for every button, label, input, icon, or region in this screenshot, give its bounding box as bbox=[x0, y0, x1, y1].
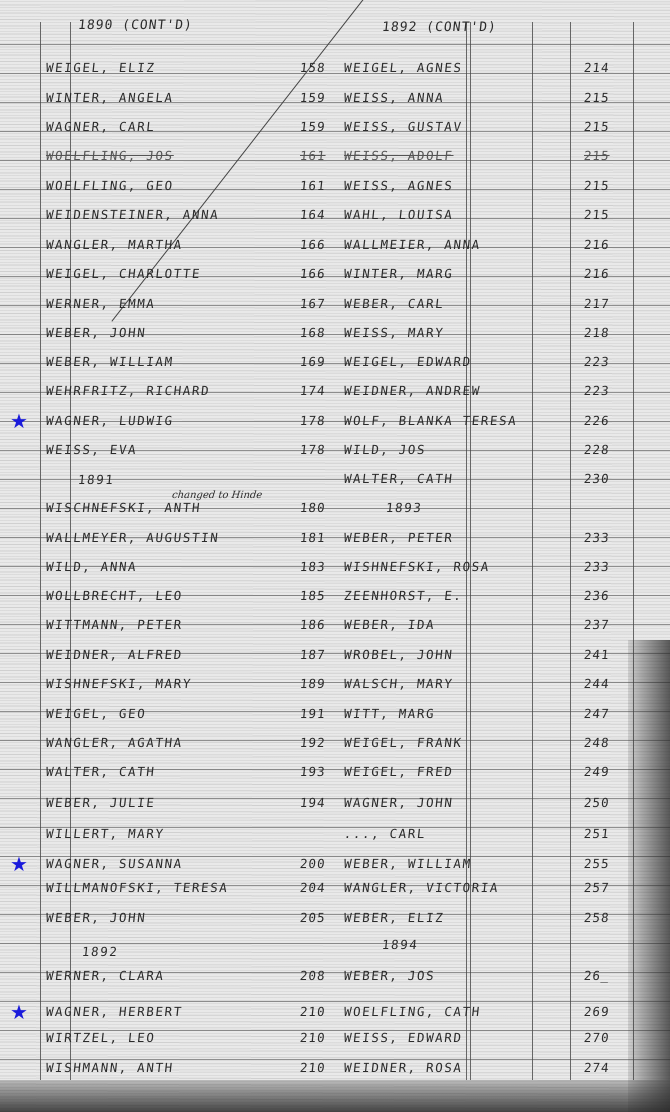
entry-number: 189 bbox=[299, 676, 326, 691]
right-name: WOELFLING, CATH bbox=[343, 1004, 481, 1019]
scan-shadow bbox=[0, 1080, 670, 1112]
right-name: WEISS, AGNES bbox=[343, 178, 454, 193]
entry-number: 186 bbox=[299, 617, 326, 632]
right-name: WAHL, LOUISA bbox=[343, 207, 454, 222]
entry-number: 204 bbox=[299, 880, 326, 895]
right-name: WISHNEFSKI, ROSA bbox=[343, 559, 491, 574]
right-name: WEISS, ANNA bbox=[343, 90, 445, 105]
right-name: WEBER, PETER bbox=[343, 530, 454, 545]
entry-number: 183 bbox=[299, 559, 326, 574]
page-number: 230 bbox=[583, 471, 610, 486]
page-number: 274 bbox=[583, 1060, 610, 1075]
right-name: WITT, MARG bbox=[343, 706, 436, 721]
entry-number: 193 bbox=[299, 764, 326, 779]
right-name: WILD, JOS bbox=[343, 442, 427, 457]
right-name: WALSCH, MARY bbox=[343, 676, 454, 691]
right-name: WEISS, EDWARD bbox=[343, 1030, 463, 1045]
right-name: WALTER, CATH bbox=[343, 471, 454, 486]
right-name: WANGLER, VICTORIA bbox=[343, 880, 500, 895]
year-marker-1892: 1892 bbox=[81, 944, 119, 959]
left-name: WIRTZEL, LEO bbox=[45, 1030, 156, 1045]
left-name: WEIGEL, GEO bbox=[45, 706, 147, 721]
right-name: WEIGEL, FRED bbox=[343, 764, 454, 779]
page-number: 236 bbox=[583, 588, 610, 603]
page-number: 237 bbox=[583, 617, 610, 632]
right-name: WEBER, ELIZ bbox=[343, 910, 445, 925]
left-name: WAGNER, CARL bbox=[45, 119, 156, 134]
entry-number: 166 bbox=[299, 266, 326, 281]
entry-number: 208 bbox=[299, 968, 326, 983]
page-number: 269 bbox=[583, 1004, 610, 1019]
page-number: 215 bbox=[583, 90, 610, 105]
page-number: 215 bbox=[583, 178, 610, 193]
right-name: WROBEL, JOHN bbox=[343, 647, 454, 662]
right-name: WEISS, GUSTAV bbox=[343, 119, 463, 134]
left-name: WILLMANOFSKI, TERESA bbox=[45, 880, 229, 895]
entry-number: 191 bbox=[299, 706, 326, 721]
year-marker-1891: 1891 bbox=[77, 472, 115, 487]
right-name: WEBER, IDA bbox=[343, 617, 436, 632]
ruled-line bbox=[0, 44, 670, 45]
left-name: WINTER, ANGELA bbox=[45, 90, 174, 105]
entry-number: 168 bbox=[299, 325, 326, 340]
left-name: WAGNER, LUDWIG bbox=[45, 413, 174, 428]
right-name: WEBER, CARL bbox=[343, 296, 445, 311]
left-name: WEISS, EVA bbox=[45, 442, 138, 457]
left-name: WISHMANN, ANTH bbox=[45, 1060, 174, 1075]
ledger-page: 1890 (CONT'D) 1892 (CONT'D) 1891 changed… bbox=[0, 0, 670, 1112]
page-number: 250 bbox=[583, 795, 610, 810]
entry-number: 178 bbox=[299, 442, 326, 457]
left-name: WEIGEL, ELIZ bbox=[45, 60, 156, 75]
entry-number: 158 bbox=[299, 60, 326, 75]
column-rule bbox=[466, 22, 467, 1080]
entry-number: 205 bbox=[299, 910, 326, 925]
left-name: WISHNEFSKI, MARY bbox=[45, 676, 193, 691]
page-number: 255 bbox=[583, 856, 610, 871]
page-number: 226 bbox=[583, 413, 610, 428]
entry-number: 192 bbox=[299, 735, 326, 750]
scan-shadow bbox=[628, 640, 670, 1112]
left-name: WALLMEYER, AUGUSTIN bbox=[45, 530, 220, 545]
page-number: 215 bbox=[583, 148, 610, 163]
column-rule bbox=[470, 22, 471, 1080]
right-name: WEBER, JOS bbox=[343, 968, 436, 983]
ruled-line bbox=[0, 1001, 670, 1002]
left-name: WANGLER, MARTHA bbox=[45, 237, 183, 252]
column-rule bbox=[570, 22, 571, 1080]
left-name: WANGLER, AGATHA bbox=[45, 735, 183, 750]
page-number: 215 bbox=[583, 119, 610, 134]
page-number: 251 bbox=[583, 826, 610, 841]
entry-number: 185 bbox=[299, 588, 326, 603]
left-name: WEIGEL, CHARLOTTE bbox=[45, 266, 202, 281]
page-number: 241 bbox=[583, 647, 610, 662]
entry-number: 181 bbox=[299, 530, 326, 545]
left-name: WAGNER, HERBERT bbox=[45, 1004, 183, 1019]
right-name: WEBER, WILLIAM bbox=[343, 856, 472, 871]
left-name: WEBER, JOHN bbox=[45, 325, 147, 340]
right-name: WEIGEL, FRANK bbox=[343, 735, 463, 750]
entry-number: 200 bbox=[299, 856, 326, 871]
right-name: WEIGEL, AGNES bbox=[343, 60, 463, 75]
right-name: WOLF, BLANKA TERESA bbox=[343, 413, 518, 428]
year-marker-1893: 1893 bbox=[385, 500, 423, 515]
page-number: 244 bbox=[583, 676, 610, 691]
left-name: WEBER, WILLIAM bbox=[45, 354, 174, 369]
left-name: WERNER, EMMA bbox=[45, 296, 156, 311]
left-name: WALTER, CATH bbox=[45, 764, 156, 779]
left-header: 1890 (CONT'D) bbox=[77, 18, 193, 33]
right-name: ..., CARL bbox=[343, 826, 427, 841]
star-marker-icon: ★ bbox=[10, 1002, 28, 1022]
left-name: WOELFLING, GEO bbox=[45, 178, 174, 193]
left-name: WOELFLING, JOS bbox=[45, 148, 174, 163]
left-name: WAGNER, SUSANNA bbox=[45, 856, 183, 871]
right-name: WEIDNER, ANDREW bbox=[343, 383, 481, 398]
entry-number: 159 bbox=[299, 119, 326, 134]
entry-number: 210 bbox=[299, 1060, 326, 1075]
entry-number: 161 bbox=[299, 148, 326, 163]
page-number: 258 bbox=[583, 910, 610, 925]
left-name: WILLERT, MARY bbox=[45, 826, 165, 841]
left-name: WEHRFRITZ, RICHARD bbox=[45, 383, 211, 398]
right-name: WEIDNER, ROSA bbox=[343, 1060, 463, 1075]
column-rule bbox=[40, 22, 41, 1080]
right-name: WEIGEL, EDWARD bbox=[343, 354, 472, 369]
left-name: WISCHNEFSKI, ANTH bbox=[45, 500, 202, 515]
page-number: 223 bbox=[583, 354, 610, 369]
right-header: 1892 (CONT'D) bbox=[381, 20, 497, 35]
entry-number: 169 bbox=[299, 354, 326, 369]
year-marker-1894: 1894 bbox=[381, 937, 419, 952]
star-marker-icon: ★ bbox=[10, 411, 28, 431]
entry-number: 174 bbox=[299, 383, 326, 398]
left-name: WITTMANN, PETER bbox=[45, 617, 183, 632]
star-marker-icon: ★ bbox=[10, 854, 28, 874]
page-number: 217 bbox=[583, 296, 610, 311]
entry-number: 159 bbox=[299, 90, 326, 105]
entry-number: 178 bbox=[299, 413, 326, 428]
page-number: 214 bbox=[583, 60, 610, 75]
column-rule bbox=[532, 22, 533, 1080]
page-number: 223 bbox=[583, 383, 610, 398]
page-number: 26_ bbox=[583, 968, 610, 983]
page-number: 228 bbox=[583, 442, 610, 457]
page-number: 218 bbox=[583, 325, 610, 340]
right-name: ZEENHORST, E. bbox=[343, 588, 463, 603]
page-number: 216 bbox=[583, 266, 610, 281]
entry-number: 210 bbox=[299, 1004, 326, 1019]
left-name: WEBER, JULIE bbox=[45, 795, 156, 810]
page-number: 233 bbox=[583, 530, 610, 545]
left-name: WILD, ANNA bbox=[45, 559, 138, 574]
page-number: 249 bbox=[583, 764, 610, 779]
page-number: 270 bbox=[583, 1030, 610, 1045]
page-number: 233 bbox=[583, 559, 610, 574]
left-name: WOLLBRECHT, LEO bbox=[45, 588, 183, 603]
entry-number: 180 bbox=[299, 500, 326, 515]
page-number: 216 bbox=[583, 237, 610, 252]
page-number: 215 bbox=[583, 207, 610, 222]
page-number: 247 bbox=[583, 706, 610, 721]
entry-number: 167 bbox=[299, 296, 326, 311]
page-number: 248 bbox=[583, 735, 610, 750]
entry-number: 210 bbox=[299, 1030, 326, 1045]
entry-number: 161 bbox=[299, 178, 326, 193]
entry-number: 194 bbox=[299, 795, 326, 810]
right-name: WEISS, ADOLF bbox=[343, 148, 454, 163]
entry-number: 187 bbox=[299, 647, 326, 662]
right-name: WALLMEIER, ANNA bbox=[343, 237, 481, 252]
entry-number: 164 bbox=[299, 207, 326, 222]
left-name: WEBER, JOHN bbox=[45, 910, 147, 925]
left-name: WEIDENSTEINER, ANNA bbox=[45, 207, 220, 222]
right-name: WEISS, MARY bbox=[343, 325, 445, 340]
page-number: 257 bbox=[583, 880, 610, 895]
right-name: WAGNER, JOHN bbox=[343, 795, 454, 810]
entry-number: 166 bbox=[299, 237, 326, 252]
right-name: WINTER, MARG bbox=[343, 266, 454, 281]
left-name: WEIDNER, ALFRED bbox=[45, 647, 183, 662]
left-name: WERNER, CLARA bbox=[45, 968, 165, 983]
